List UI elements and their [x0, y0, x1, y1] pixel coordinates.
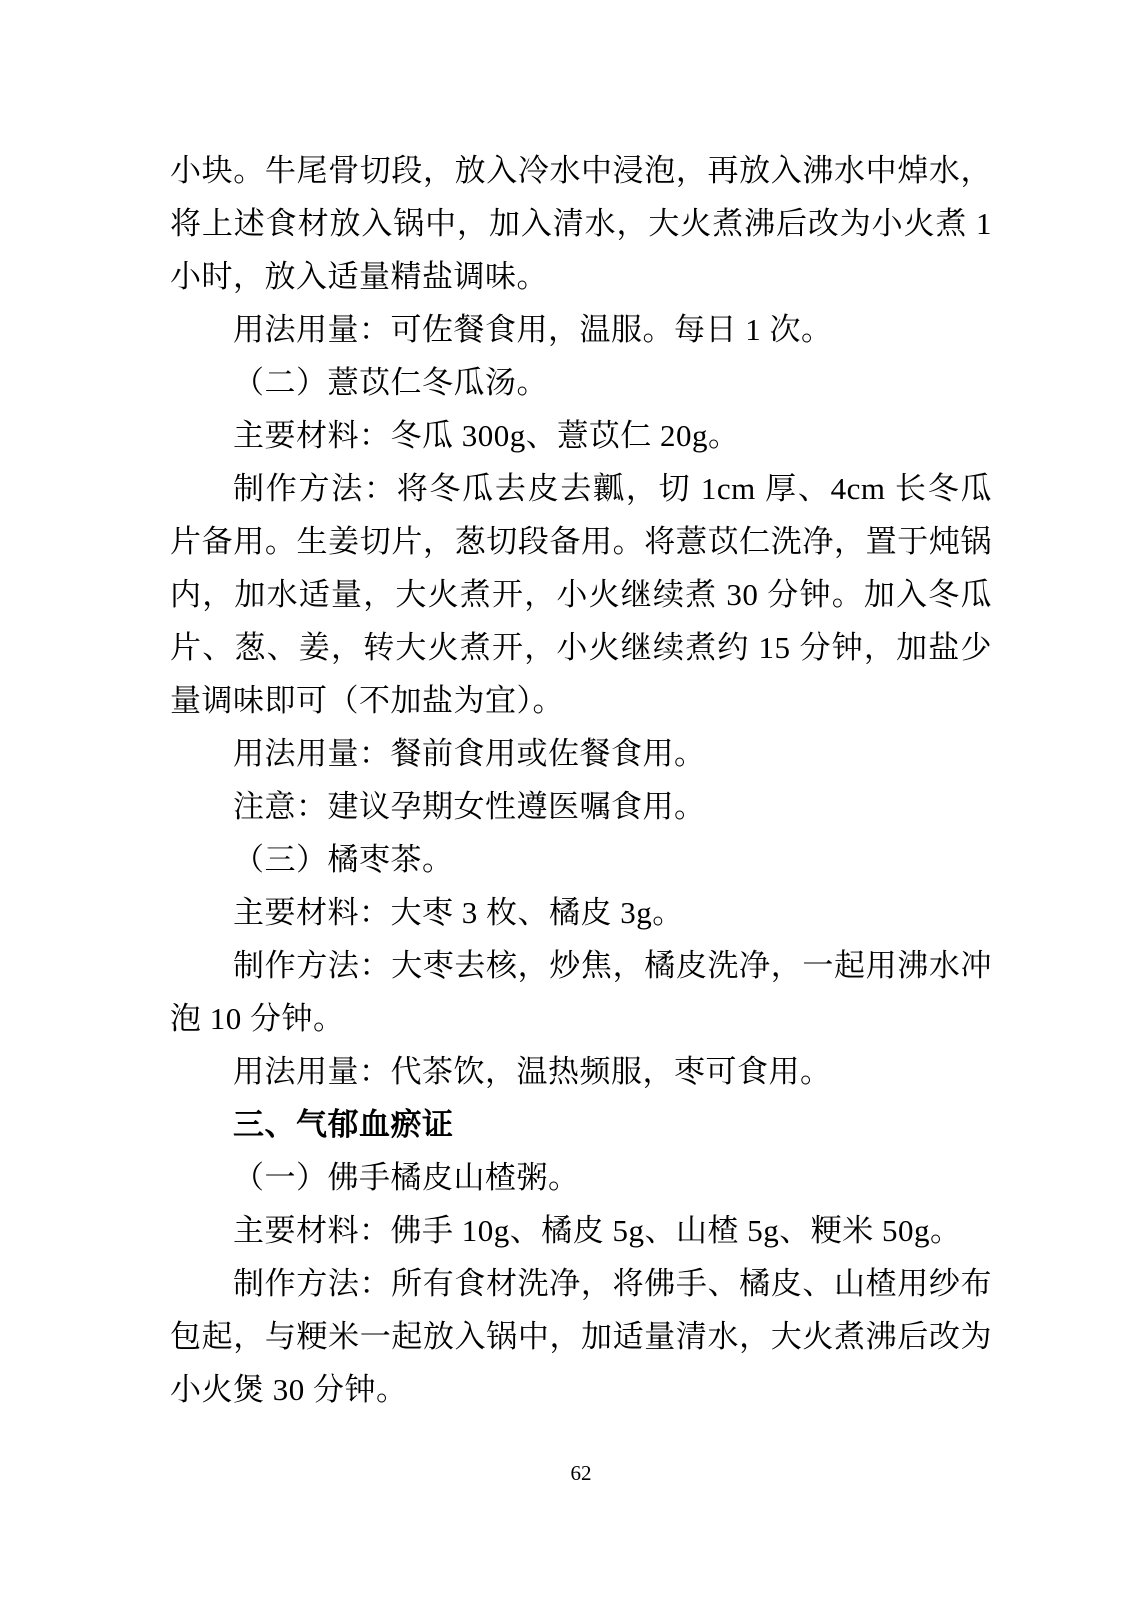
paragraph-ingredients: 主要材料：佛手 10g、橘皮 5g、山楂 5g、粳米 50g。 — [170, 1204, 992, 1257]
paragraph-ingredients: 主要材料：大枣 3 枚、橘皮 3g。 — [170, 886, 992, 939]
paragraph-usage: 用法用量：代茶饮，温热频服，枣可食用。 — [170, 1045, 992, 1098]
page-number: 62 — [170, 1460, 992, 1486]
recipe-title-3: （三）橘枣茶。 — [170, 833, 992, 886]
recipe-title-1: （一）佛手橘皮山楂粥。 — [170, 1151, 992, 1204]
paragraph-usage: 用法用量：可佐餐食用，温服。每日 1 次。 — [170, 303, 992, 356]
paragraph-ingredients: 主要材料：冬瓜 300g、薏苡仁 20g。 — [170, 409, 992, 462]
paragraph-method: 制作方法：大枣去核，炒焦，橘皮洗净，一起用沸水冲泡 10 分钟。 — [170, 939, 992, 1045]
paragraph-method: 制作方法：所有食材洗净，将佛手、橘皮、山楂用纱布包起，与粳米一起放入锅中，加适量… — [170, 1257, 992, 1416]
paragraph-note: 注意：建议孕期女性遵医嘱食用。 — [170, 780, 992, 833]
paragraph-method: 制作方法：将冬瓜去皮去瓤，切 1cm 厚、4cm 长冬瓜片备用。生姜切片，葱切段… — [170, 462, 992, 727]
paragraph-continuation: 小块。牛尾骨切段，放入冷水中浸泡，再放入沸水中焯水，将上述食材放入锅中，加入清水… — [170, 144, 992, 303]
paragraph-usage: 用法用量：餐前食用或佐餐食用。 — [170, 727, 992, 780]
recipe-title-2: （二）薏苡仁冬瓜汤。 — [170, 356, 992, 409]
document-page: 小块。牛尾骨切段，放入冷水中浸泡，再放入沸水中焯水，将上述食材放入锅中，加入清水… — [0, 0, 1131, 1600]
section-heading: 三、气郁血瘀证 — [170, 1098, 992, 1151]
document-body: 小块。牛尾骨切段，放入冷水中浸泡，再放入沸水中焯水，将上述食材放入锅中，加入清水… — [170, 144, 992, 1416]
